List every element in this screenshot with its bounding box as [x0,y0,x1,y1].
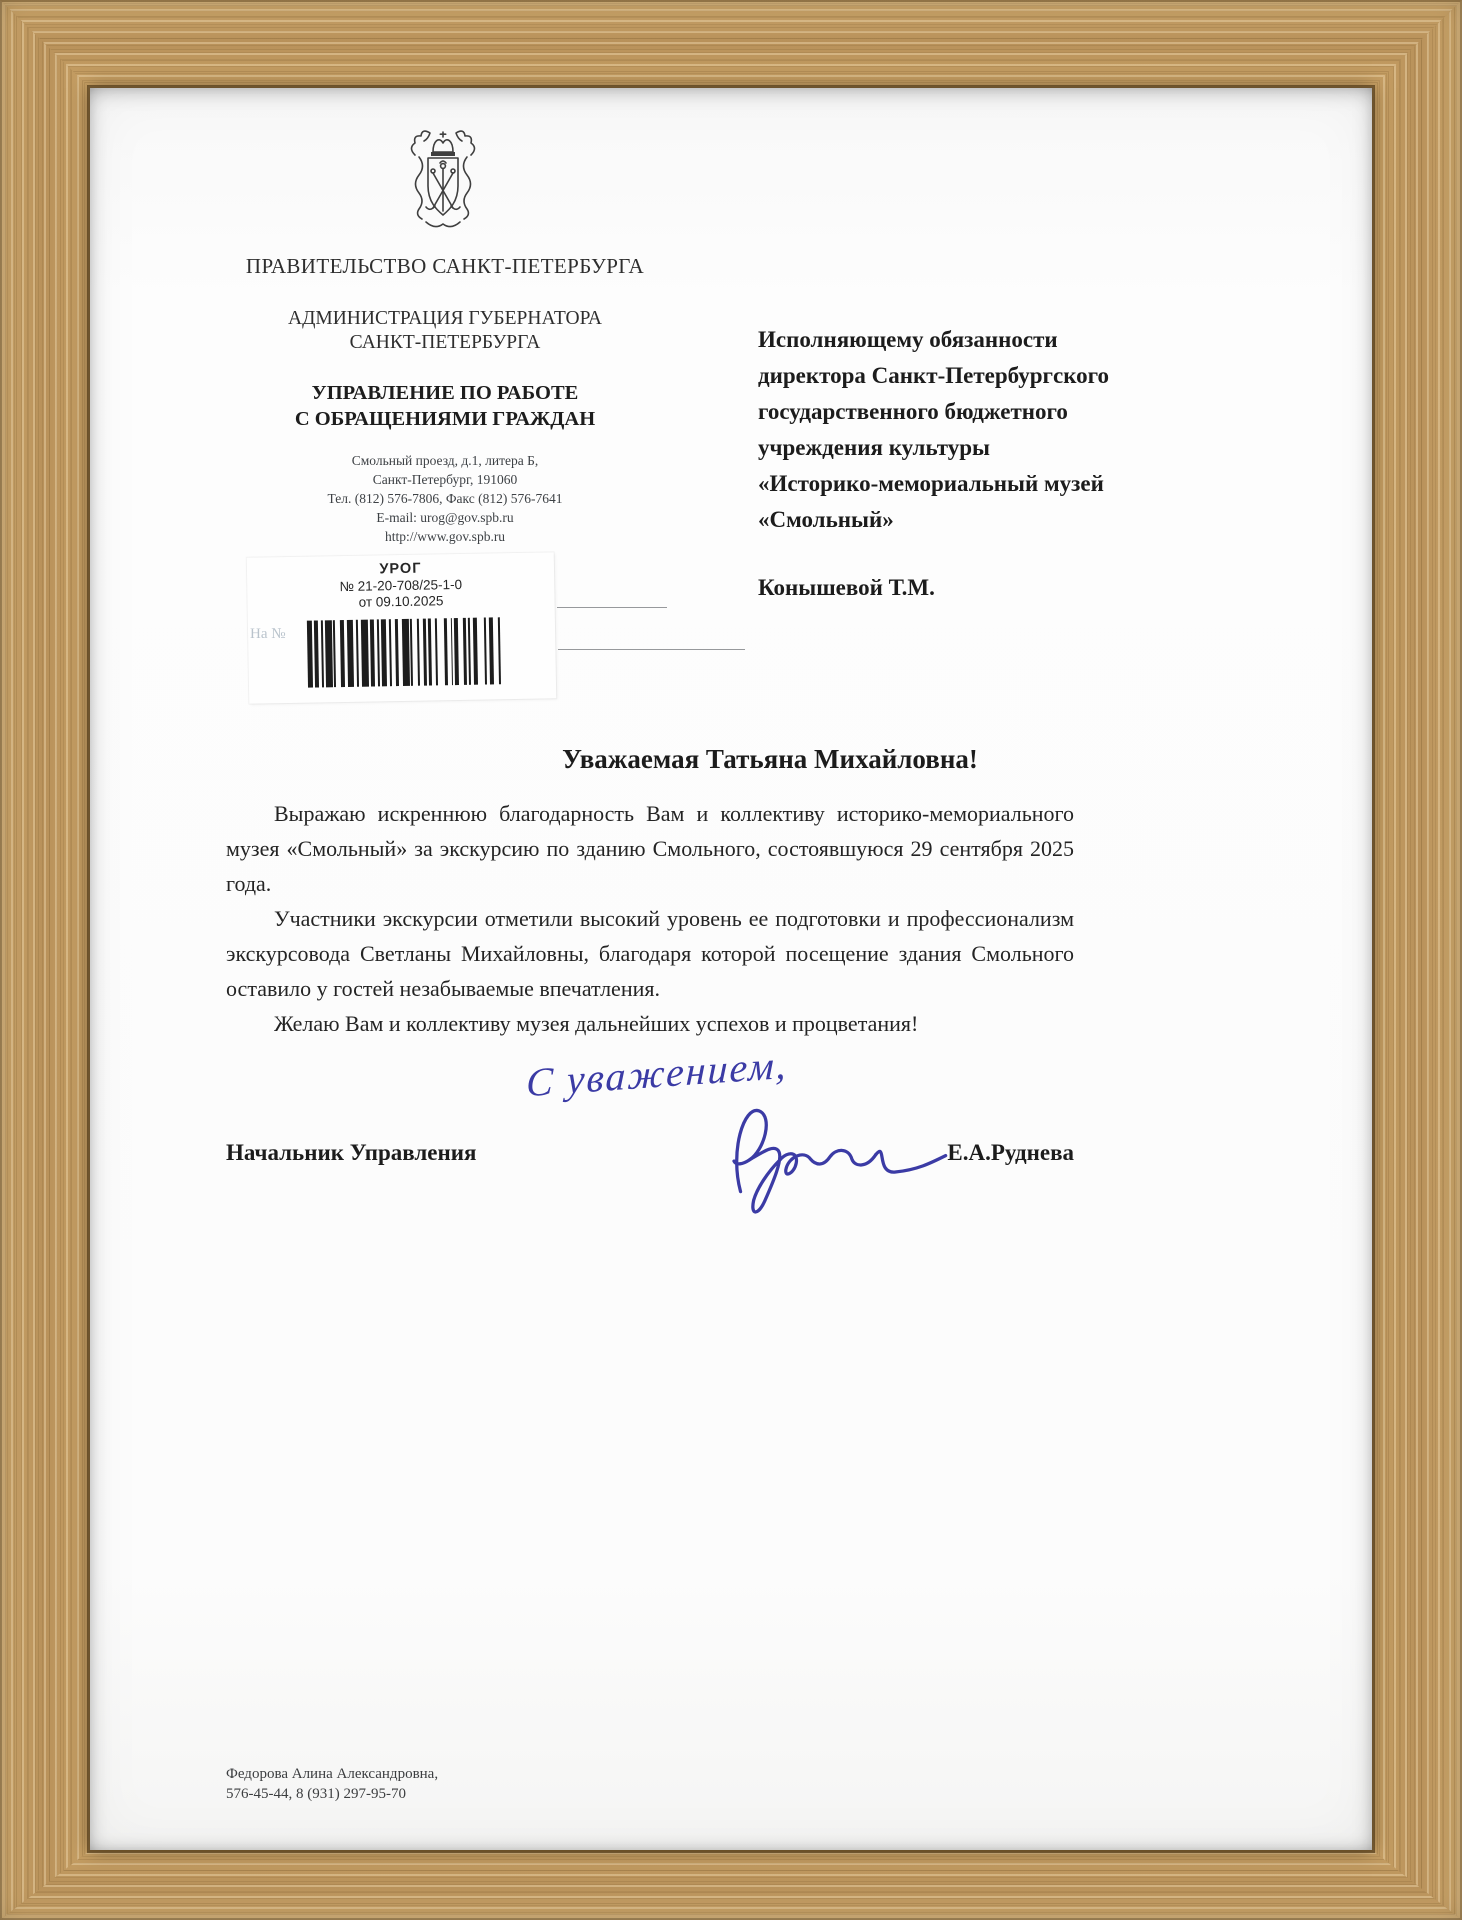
frame-top [0,0,1462,88]
reference-blank-line [557,607,667,608]
letter-body: Выражаю искреннюю благодарность Вам и ко… [226,796,1074,1041]
address-city: Санкт-Петербург, 191060 [190,470,700,489]
reference-number-label: На № [250,626,286,643]
administration-line-2: САНКТ-ПЕТЕРБУРГА [190,331,700,355]
address-street: Смольный проезд, д.1, литера Б, [190,451,700,470]
frame-right [1372,0,1462,1920]
contact-block: Смольный проезд, д.1, литера Б, Санкт-Пе… [190,451,700,546]
paragraph-participants: Участники экскурсии отметили высокий уро… [226,901,1074,1006]
frame-left [0,0,90,1920]
executor-contact: Федорова Алина Александровна, 576-45-44,… [226,1764,438,1804]
paragraph-wishes: Желаю Вам и коллективу музея дальнейших … [226,1006,1074,1041]
executor-name: Федорова Алина Александровна, [226,1764,438,1784]
administration-line-1: АДМИНИСТРАЦИЯ ГУБЕРНАТОРА [190,307,700,331]
address-email: E-mail: urog@gov.spb.ru [190,508,700,527]
address-website: http://www.gov.spb.ru [190,527,700,546]
addressee-line-6: «Смольный» [758,502,1278,538]
letter-page: ПРАВИТЕЛЬСТВО САНКТ-ПЕТЕРБУРГА АДМИНИСТР… [90,88,1372,1850]
addressee-line-5: «Историко-мемориальный музей [758,466,1278,502]
department-line-2: С ОБРАЩЕНИЯМИ ГРАЖДАН [190,406,700,432]
address-phone-fax: Тел. (812) 576-7806, Факс (812) 576-7641 [190,489,700,508]
salutation: Уважаемая Татьяна Михайловна! [320,744,1220,775]
addressee-line-4: учреждения культуры [758,430,1278,466]
registration-sticker: УРОГ № 21-20-708/25-1-0 от 09.10.2025 [247,552,557,703]
frame-bottom [0,1850,1462,1920]
barcode [307,617,508,687]
handwritten-signature [710,1088,950,1223]
signer-position: Начальник Управления [226,1140,476,1166]
government-title: ПРАВИТЕЛЬСТВО САНКТ-ПЕТЕРБУРГА [190,254,700,279]
framed-letter-photo: ПРАВИТЕЛЬСТВО САНКТ-ПЕТЕРБУРГА АДМИНИСТР… [0,0,1462,1920]
reference-blank-line [558,649,745,650]
administration-title: АДМИНИСТРАЦИЯ ГУБЕРНАТОРА САНКТ-ПЕТЕРБУР… [190,307,700,355]
signer-name: Е.А.Руднева [947,1140,1074,1166]
department-title: УПРАВЛЕНИЕ ПО РАБОТЕ С ОБРАЩЕНИЯМИ ГРАЖД… [190,380,700,432]
addressee-line-1: Исполняющему обязанности [758,322,1278,358]
paragraph-gratitude: Выражаю искреннюю благодарность Вам и ко… [226,796,1074,901]
addressee-name: Конышевой Т.М. [758,570,1278,606]
addressee-line-2: директора Санкт-Петербургского [758,358,1278,394]
addressee-block: Исполняющему обязанности директора Санкт… [758,322,1278,606]
department-line-1: УПРАВЛЕНИЕ ПО РАБОТЕ [190,380,700,406]
addressee-line-3: государственного бюджетного [758,394,1278,430]
executor-phones: 576-45-44, 8 (931) 297-95-70 [226,1784,438,1804]
